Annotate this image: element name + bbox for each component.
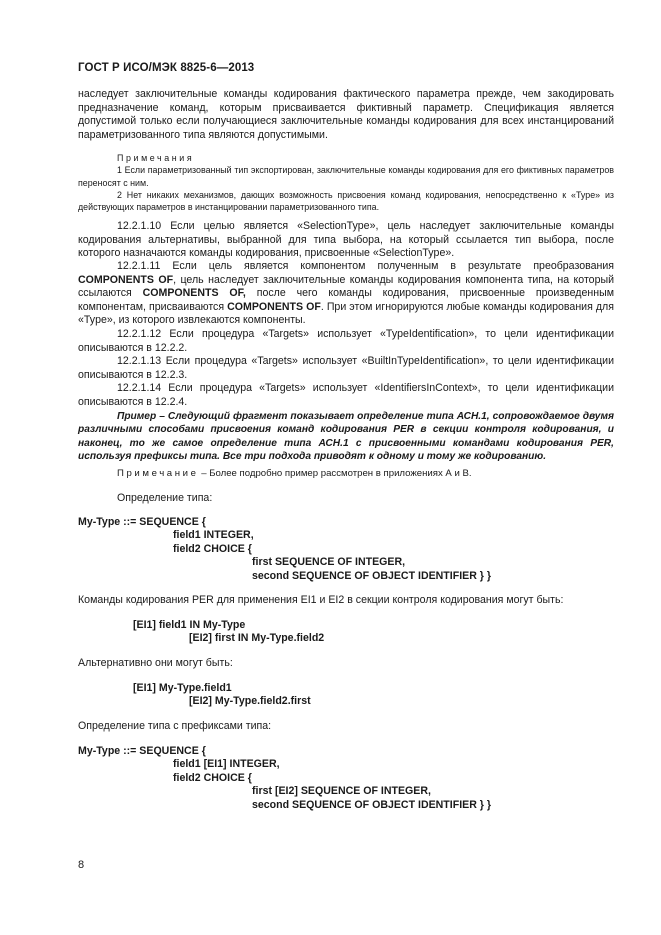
code-line: field2 CHOICE { [78, 543, 491, 556]
document-header: ГОСТ Р ИСО/МЭК 8825-6—2013 [78, 62, 254, 74]
code-line: My-Type ::= SEQUENCE { [78, 516, 491, 529]
code-block-alternative: [EI1] My-Type.field1 [EI2] My-Type.field… [78, 682, 311, 709]
code-block-prefixed-definition: My-Type ::= SEQUENCE { field1 [EI1] INTE… [78, 745, 491, 812]
clause-12-2-1-11: 12.2.1.11 Если цель является компонентом… [78, 260, 614, 328]
code-line: first SEQUENCE OF INTEGER, [78, 556, 491, 569]
clause-12-2-1-10: 12.2.1.10 Если целью является «Selection… [78, 220, 614, 261]
code-line: second SEQUENCE OF OBJECT IDENTIFIER } } [78, 570, 491, 583]
clause-12-2-1-13: 12.2.1.13 Если процедура «Targets» испол… [78, 355, 614, 382]
intro-paragraph: наследует заключительные команды кодиров… [78, 88, 614, 142]
code-line: field1 [EI1] INTEGER, [78, 758, 491, 771]
alternative-label: Альтернативно они могут быть: [78, 657, 233, 669]
code-line: [EI1] field1 IN My-Type [78, 619, 324, 632]
per-commands-label: Команды кодирования PER для применения E… [78, 594, 563, 606]
code-block-type-definition: My-Type ::= SEQUENCE { field1 INTEGER, f… [78, 516, 491, 583]
clause-12-2-1-14: 12.2.1.14 Если процедура «Targets» испол… [78, 382, 614, 409]
code-line: My-Type ::= SEQUENCE { [78, 745, 491, 758]
type-definition-label: Определение типа: [117, 492, 212, 504]
code-line: [EI2] My-Type.field2.first [78, 695, 311, 708]
prefix-definition-label: Определение типа с префиксами типа: [78, 720, 271, 732]
code-line: field1 INTEGER, [78, 529, 491, 542]
notes-title: Примечания [78, 152, 614, 164]
code-line: [EI2] first IN My-Type.field2 [78, 632, 324, 645]
code-line: second SEQUENCE OF OBJECT IDENTIFIER } } [78, 799, 491, 812]
clause-12-2-1-12: 12.2.1.12 Если процедура «Targets» испол… [78, 328, 614, 355]
code-line: field2 CHOICE { [78, 772, 491, 785]
notes-block: Примечания 1 Если параметризованный тип … [78, 152, 614, 213]
code-block-encoding-control: [EI1] field1 IN My-Type [EI2] first IN M… [78, 619, 324, 646]
example-paragraph: Пример – Следующий фрагмент показывает о… [78, 410, 614, 464]
note-item: 2 Нет никаких механизмов, дающих возможн… [78, 189, 614, 214]
note-item: 1 Если параметризованный тип экспортиров… [78, 164, 614, 189]
example-note: Примечание – Более подробно пример рассм… [117, 468, 472, 479]
code-line: first [EI2] SEQUENCE OF INTEGER, [78, 785, 491, 798]
page-number: 8 [78, 859, 84, 871]
code-line: [EI1] My-Type.field1 [78, 682, 311, 695]
